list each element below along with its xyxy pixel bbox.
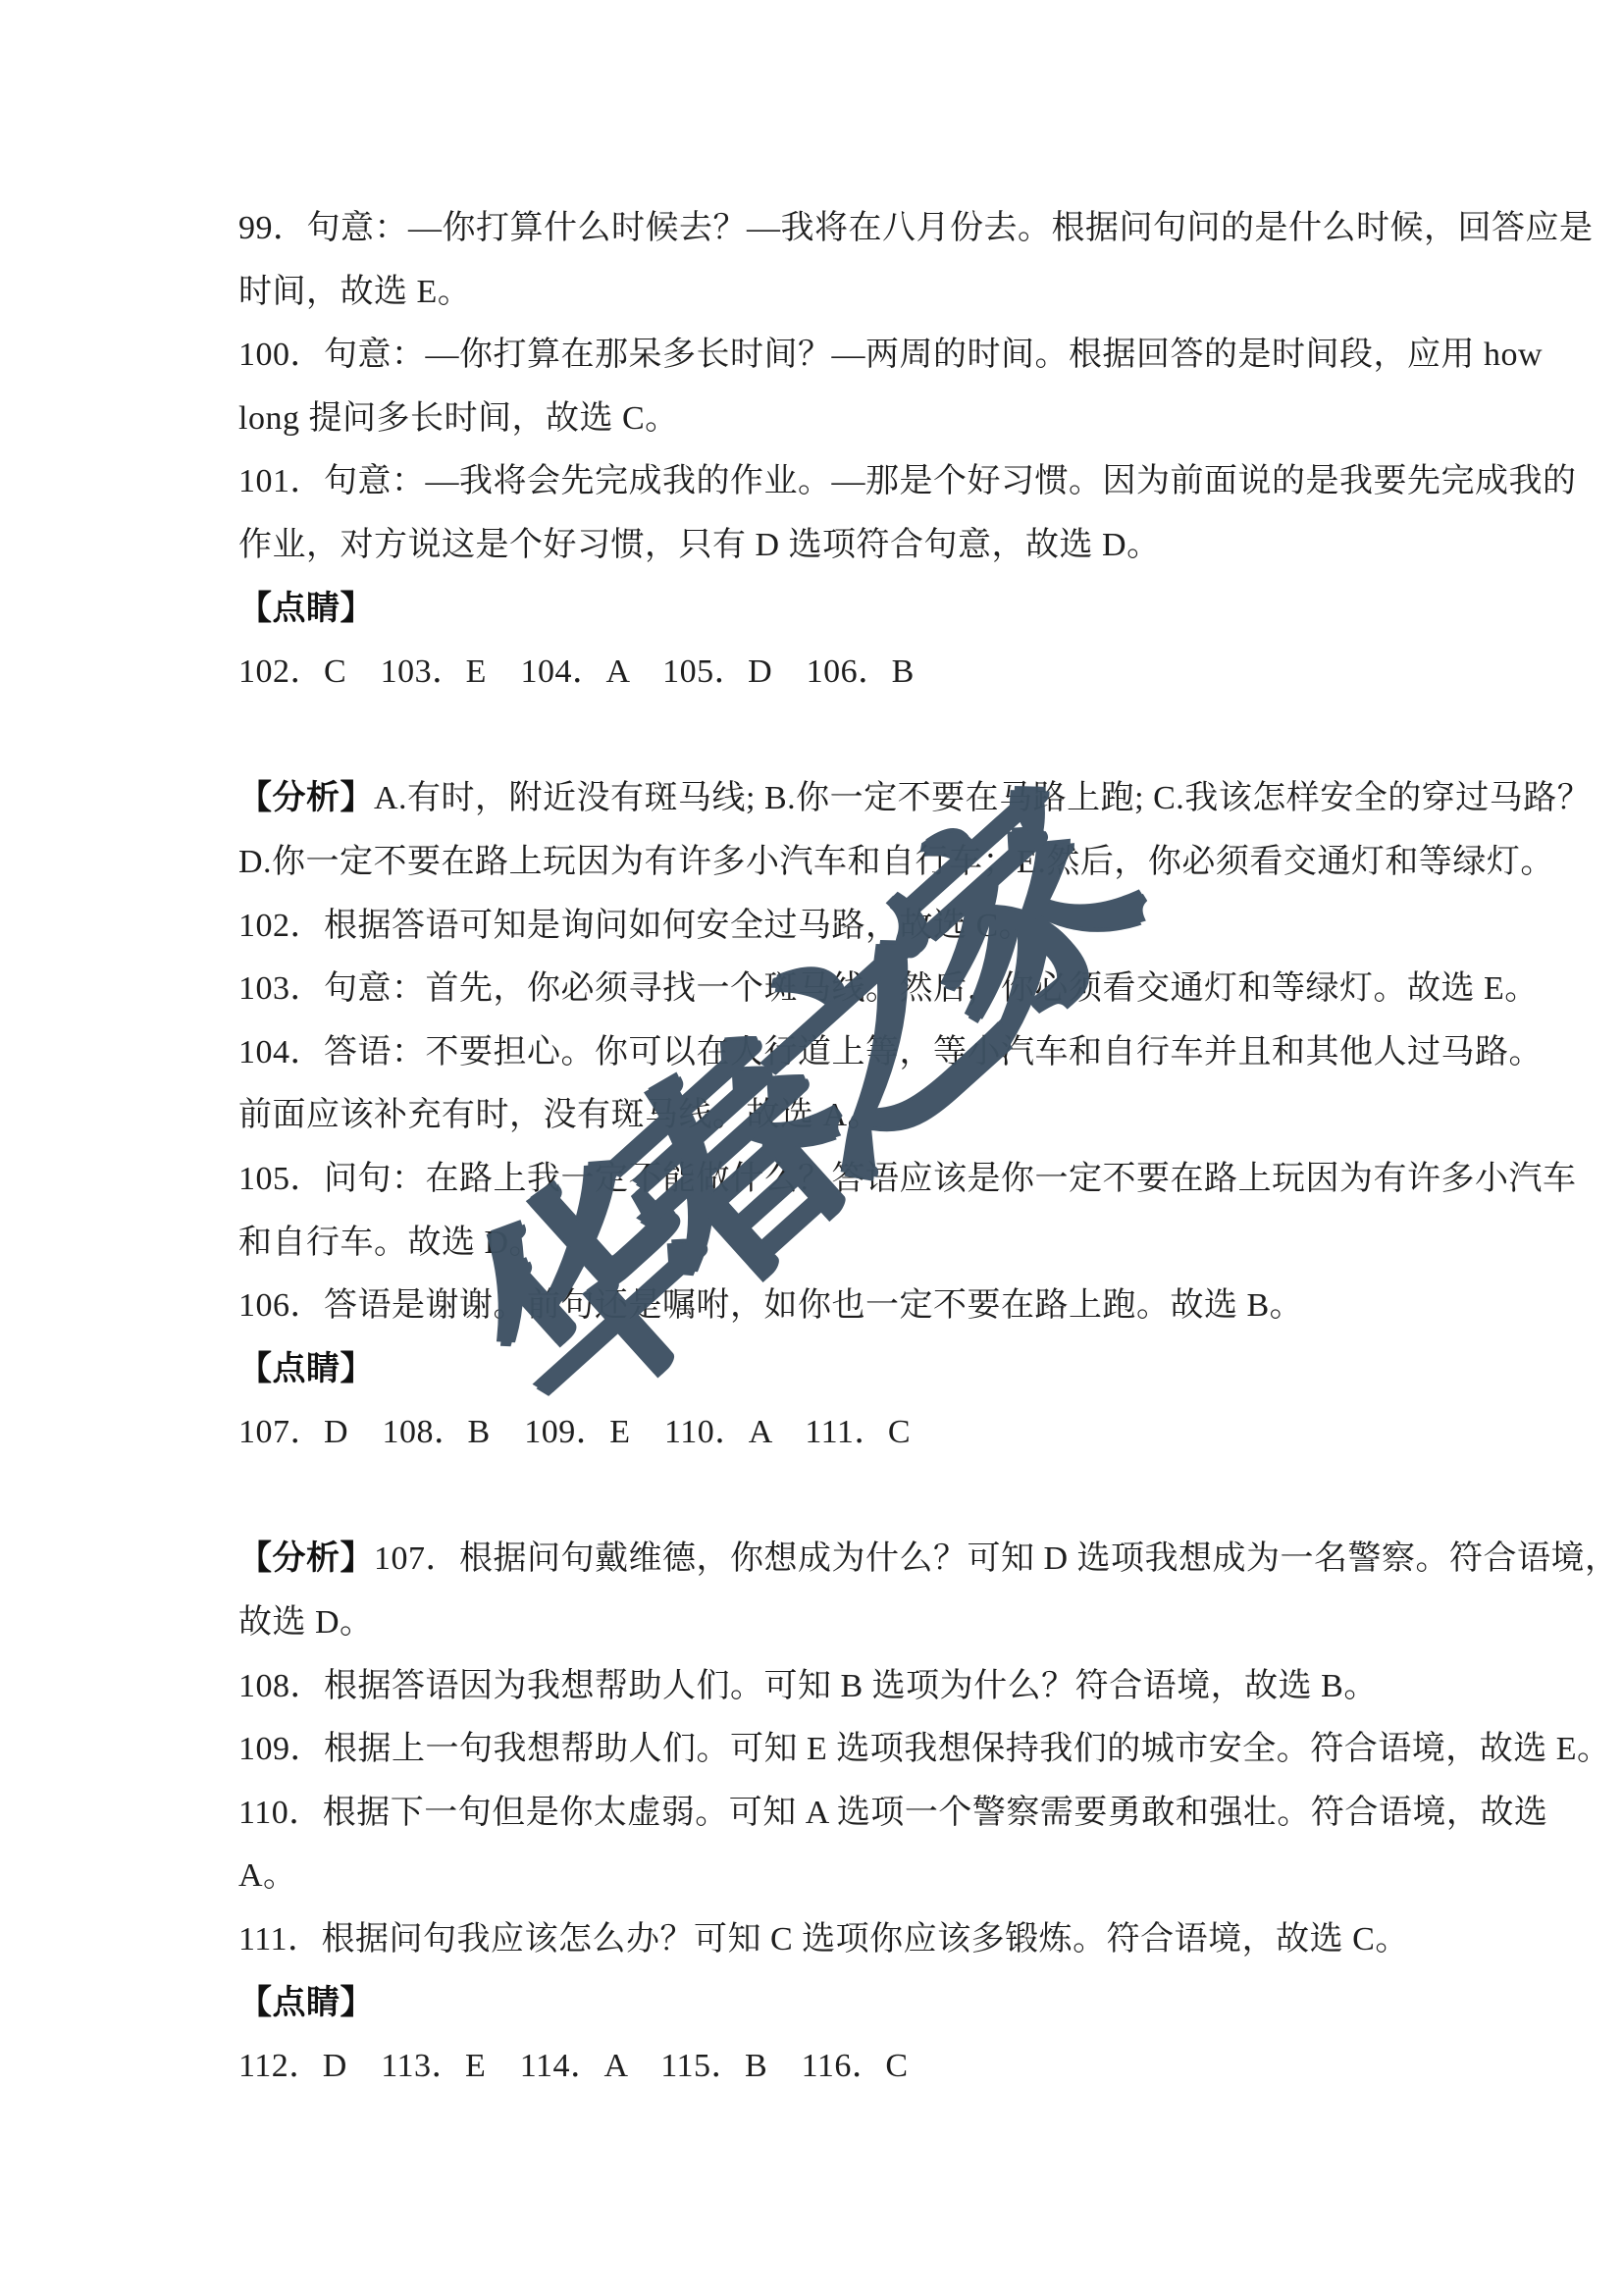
text-line: 101．句意：—我将会先完成我的作业。—那是个好习惯。因为前面说的是我要先完成我… [238,450,1504,514]
text-line [238,1465,1504,1529]
text-line: 前面应该补充有时，没有斑马线。故选 A。 [238,1084,1504,1148]
text-line: A。 [238,1845,1504,1908]
section-marker: 【点睛】 [238,1985,374,2021]
answer-text-block: 99．句意：—你打算什么时候去？—我将在八月份去。根据问句问的是什么时候，回答应… [238,197,1504,2099]
text-line: long 提问多长时间，故选 C。 [238,388,1504,451]
section-heading-line: 【分析】107．根据问句戴维德，你想成为什么？可知 D 选项我想成为一名警察。符… [238,1528,1504,1592]
section-heading-line: 【点睛】 [238,1972,1504,2036]
text-line [238,704,1504,768]
text-line: 故选 D。 [238,1592,1504,1655]
section-marker: 【分析】 [238,1540,374,1577]
section-heading-line: 【点睛】 [238,578,1504,642]
text-line: 112．D 113．E 114．A 115．B 116．C [238,2035,1504,2099]
text-line: 103．句意：首先，你必须寻找一个斑马线。然后，你必须看交通灯和等绿灯。故选 E… [238,958,1504,1021]
section-marker: 【点睛】 [238,1351,374,1387]
text-line: 105．问句：在路上我一定不能做什么？答语应该是你一定不要在路上玩因为有许多小汽… [238,1148,1504,1212]
section-marker: 【点睛】 [238,591,374,627]
text-line: D.你一定不要在路上玩因为有许多小汽车和自行车；E.然后，你必须看交通灯和等绿灯… [238,831,1504,895]
text-line: 作业，对方说这是个好习惯，只有 D 选项符合句意，故选 D。 [238,514,1504,578]
text-line: 102．根据答语可知是询问如何安全过马路，故选 C。 [238,895,1504,959]
section-marker: 【分析】 [238,780,374,816]
document-page: 99．句意：—你打算什么时候去？—我将在八月份去。根据问句问的是什么时候，回答应… [0,0,1623,2296]
text-line: 104．答语：不要担心。你可以在人行道上等，等小汽车和自行车并且和其他人过马路。 [238,1021,1504,1085]
text-line: 100．句意：—你打算在那呆多长时间？—两周的时间。根据回答的是时间段，应用 h… [238,324,1504,388]
text-line: 和自行车。故选 D。 [238,1212,1504,1276]
text-line: 时间，故选 E。 [238,261,1504,325]
section-heading-line: 【分析】A.有时，附近没有斑马线; B.你一定不要在马路上跑; C.我该怎样安全… [238,767,1504,831]
text-line: 102．C 103．E 104．A 105．D 106．B [238,641,1504,704]
section-heading-line: 【点睛】 [238,1338,1504,1402]
text-line: 107．D 108．B 109．E 110．A 111．C [238,1401,1504,1465]
text-line: 109．根据上一句我想帮助人们。可知 E 选项我想保持我们的城市安全。符合语境，… [238,1718,1504,1782]
text-line: 111．根据问句我应该怎么办？可知 C 选项你应该多锻炼。符合语境，故选 C。 [238,1908,1504,1972]
text-line: 110．根据下一句但是你太虚弱。可知 A 选项一个警察需要勇敢和强壮。符合语境，… [238,1782,1504,1846]
text-line: 108．根据答语因为我想帮助人们。可知 B 选项为什么？符合语境，故选 B。 [238,1655,1504,1719]
text-line: 106．答语是谢谢。前句还是嘱咐，如你也一定不要在路上跑。故选 B。 [238,1275,1504,1338]
text-line: 99．句意：—你打算什么时候去？—我将在八月份去。根据问句问的是什么时候，回答应… [238,197,1504,261]
